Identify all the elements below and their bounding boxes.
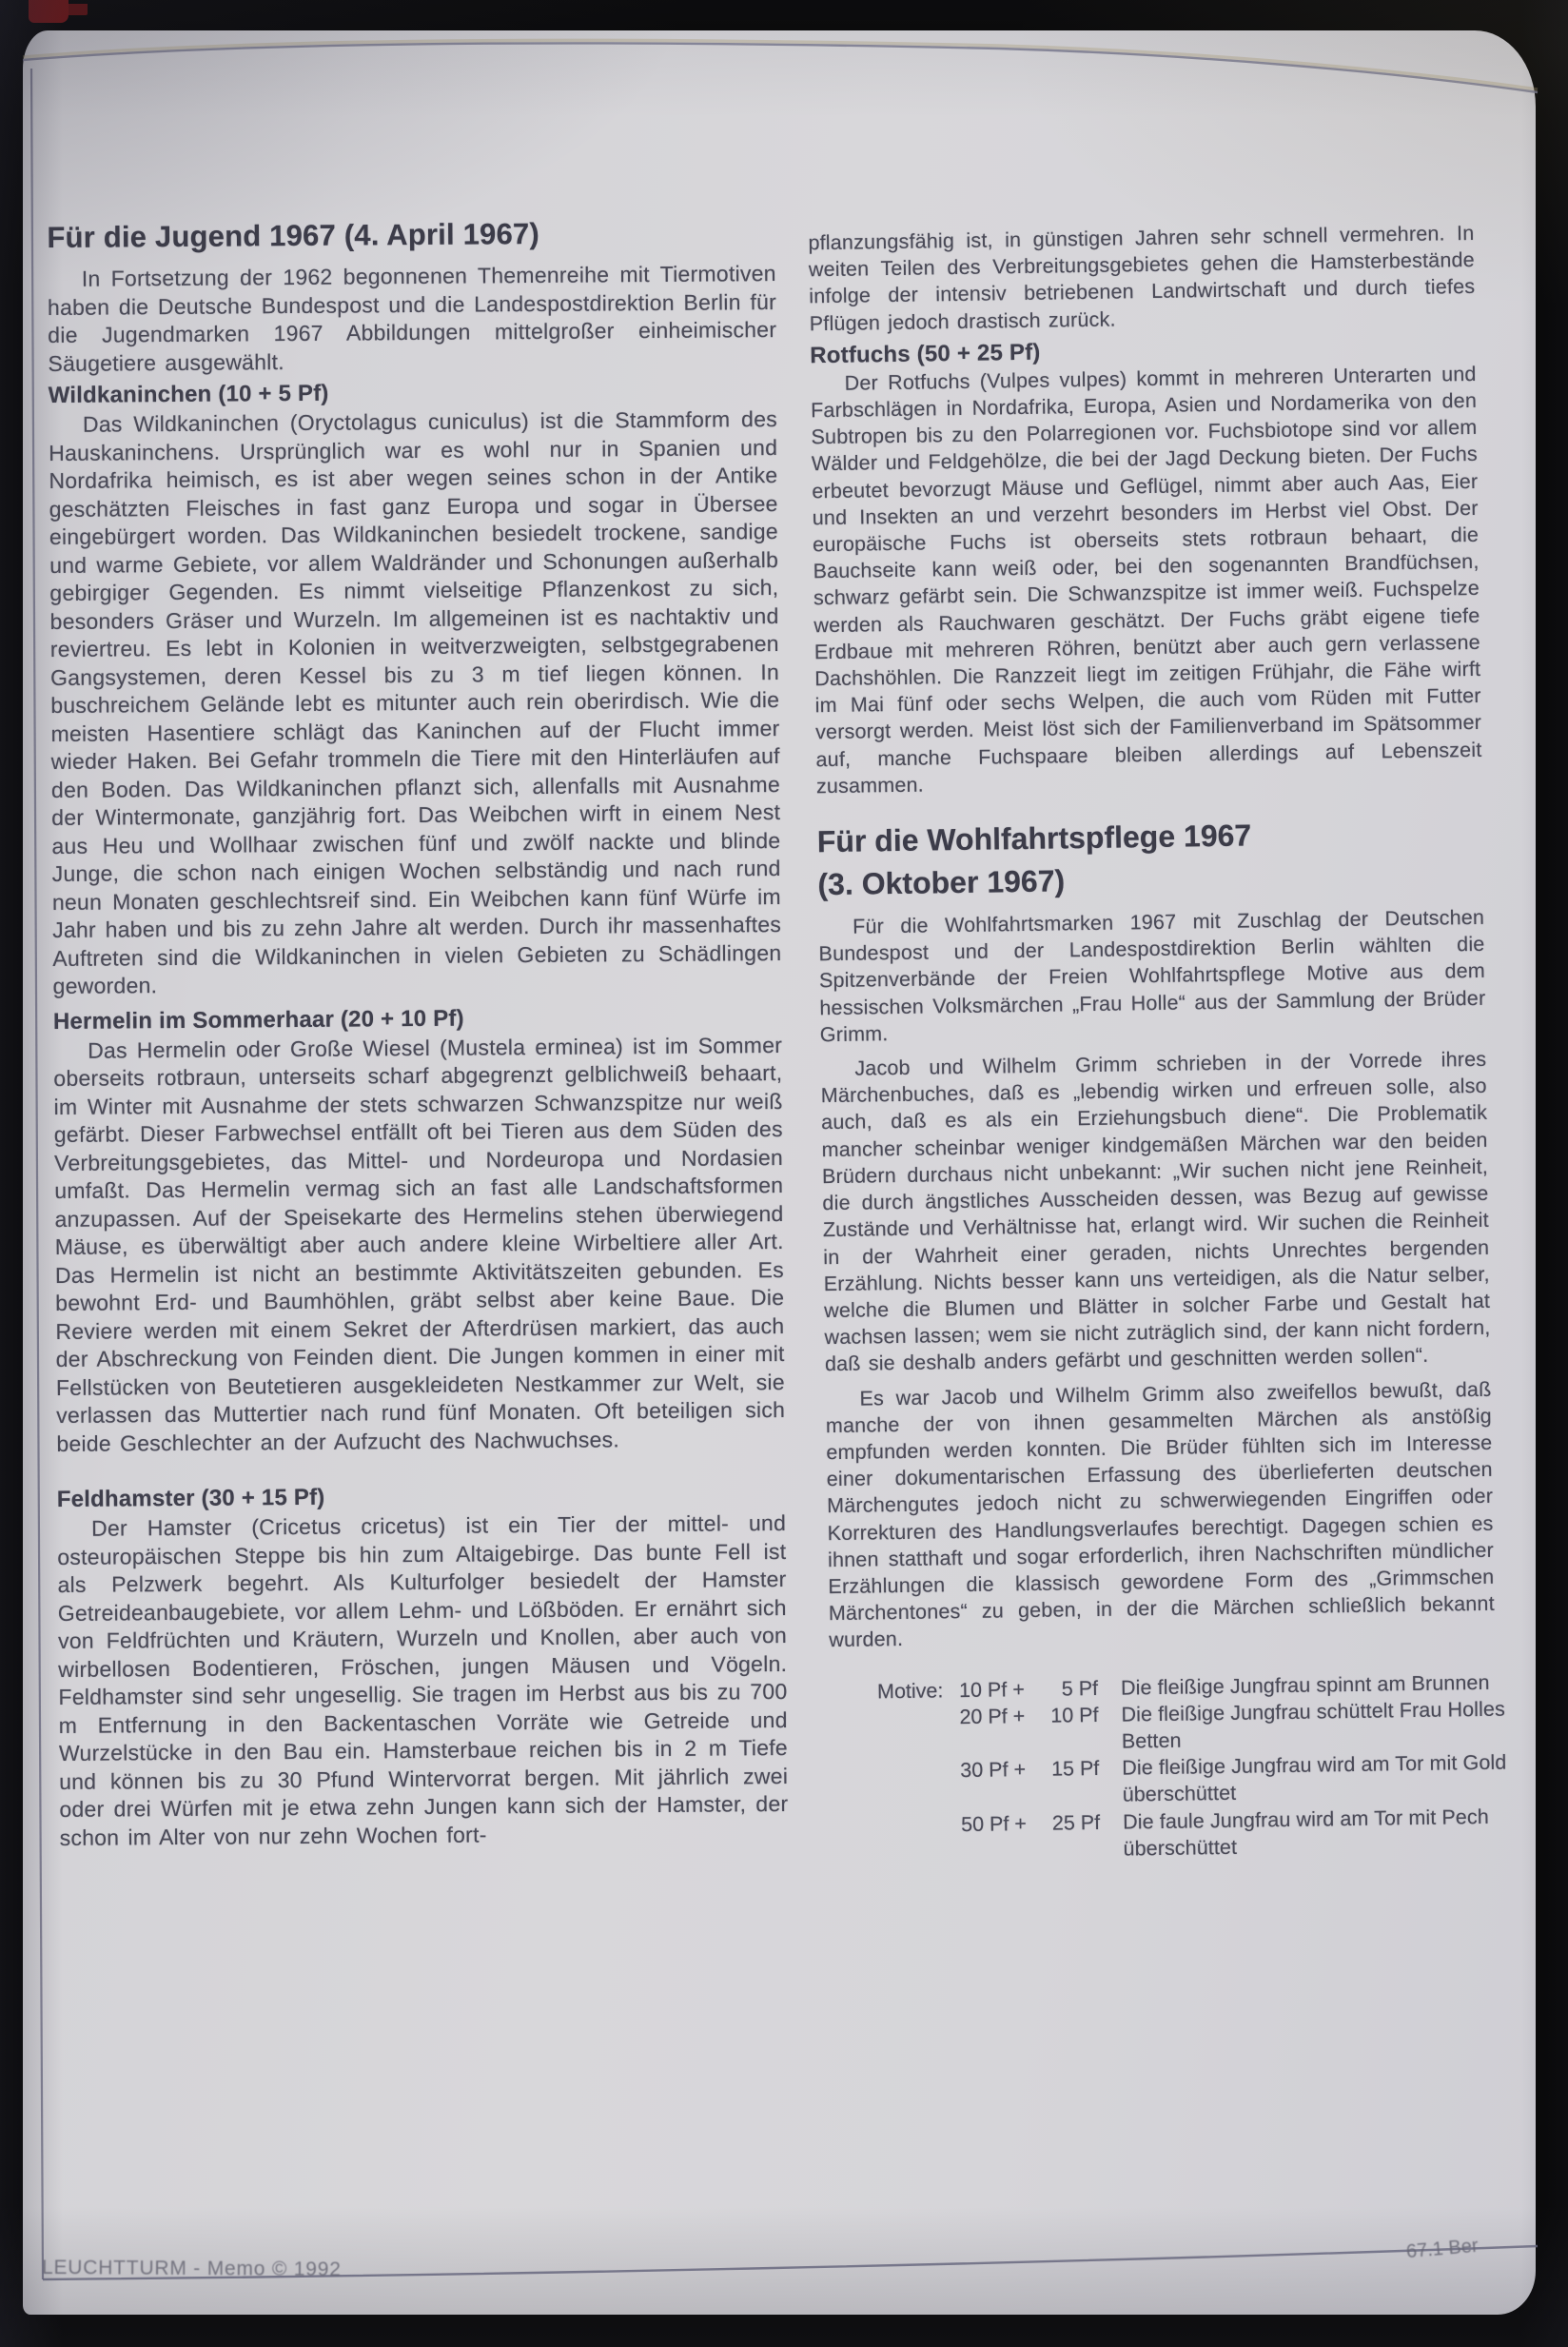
- motive-values: 10 Pf + 5 Pf: [959, 1674, 1109, 1704]
- motive-wert: 20 Pf +: [959, 1703, 1040, 1758]
- section-body-feldhamster: Der Hamster (Cricetus cricetus) ist ein …: [57, 1509, 789, 1852]
- motive-wert: 30 Pf +: [960, 1756, 1041, 1811]
- intro-paragraph: In Fortsetzung der 1962 begonnenen Theme…: [48, 260, 777, 378]
- motive-label: Motive:: [877, 1677, 959, 1705]
- footer-publisher: LEUCHTTURM - Memo © 1992: [42, 2257, 342, 2281]
- motive-list: Motive: 10 Pf + 5 Pf Die fleißige Jungfr…: [830, 1668, 1527, 1866]
- motive-description: Die faule Jungfrau wird am Tor mit Pech …: [1111, 1803, 1527, 1863]
- motive-label-empty: [879, 1811, 962, 1866]
- motive-zuschlag: 10 Pf: [1039, 1702, 1099, 1756]
- frame-left-line: [31, 69, 43, 2279]
- wohlfahrt-paragraph-1: Für die Wohlfahrtsmarken 1967 mit Zuschl…: [818, 904, 1486, 1048]
- photographed-album-page: Für die Jugend 1967 (4. April 1967) In F…: [0, 0, 1568, 2347]
- page-top-edge-line: [23, 43, 1538, 92]
- motive-label-empty: [877, 1704, 960, 1759]
- motive-values: 20 Pf + 10 Pf: [959, 1702, 1110, 1758]
- left-column: Für die Jugend 1967 (4. April 1967) In F…: [47, 214, 788, 1852]
- motive-values: 50 Pf + 25 Pf: [961, 1808, 1112, 1864]
- article-title-wohlfahrt-line2: (3. Oktober 1967): [817, 854, 1484, 906]
- motive-row: 50 Pf + 25 Pf Die faule Jungfrau wird am…: [832, 1803, 1527, 1866]
- section-body-hermelin: Das Hermelin oder Große Wiesel (Mustela …: [53, 1031, 785, 1458]
- motive-description: Die fleißige Jungfrau wird am Tor mit Go…: [1110, 1748, 1526, 1808]
- motive-description: Die fleißige Jungfrau schüttelt Frau Hol…: [1109, 1695, 1525, 1755]
- motive-label-empty: [878, 1757, 961, 1812]
- article-title-wohlfahrt: Für die Wohlfahrtspflege 1967 (3. Oktobe…: [816, 811, 1483, 906]
- motive-zuschlag: 5 Pf: [1039, 1674, 1098, 1702]
- motive-zuschlag: 25 Pf: [1041, 1808, 1101, 1863]
- motive-wert: 10 Pf +: [959, 1675, 1039, 1703]
- wohlfahrt-paragraph-3: Es war Jacob und Wilhelm Grimm also zwei…: [825, 1375, 1495, 1653]
- motive-zuschlag: 15 Pf: [1040, 1755, 1100, 1809]
- motive-wert: 50 Pf +: [961, 1809, 1042, 1864]
- section-body-wildkaninchen: Das Wildkaninchen (Oryctolagus cuniculus…: [49, 405, 782, 1000]
- section-body-rotfuchs: Der Rotfuchs (Vulpes vulpes) kommt in me…: [810, 361, 1482, 800]
- right-column: pflanzungsfähig ist, in günstigen Jahren…: [808, 220, 1498, 1866]
- feldhamster-continuation-paragraph: pflanzungsfähig ist, in günstigen Jahren…: [808, 220, 1476, 337]
- wohlfahrt-paragraph-2: Jacob und Wilhelm Grimm schrieben in der…: [820, 1046, 1491, 1378]
- article-title-jugend: Für die Jugend 1967 (4. April 1967): [47, 214, 775, 256]
- motive-values: 30 Pf + 15 Pf: [960, 1755, 1111, 1811]
